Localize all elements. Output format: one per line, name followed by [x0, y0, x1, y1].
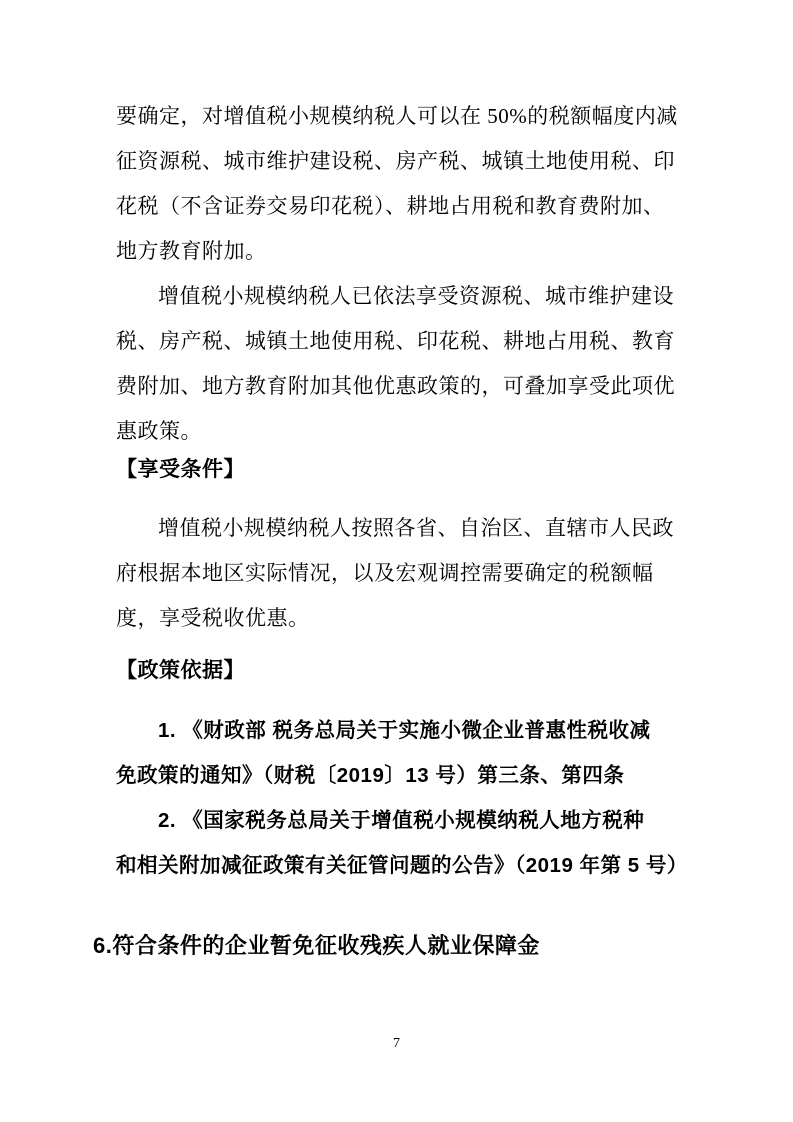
paragraph-intro-continued: 要确定，对增值税小规模纳税人可以在 50%的税额幅度内减 征资源税、城市维护建设…: [116, 94, 708, 274]
policy-basis-item-1: 1. 《财政部 税务总局关于实施小微企业普惠性税收减 免政策的通知》（财税〔20…: [116, 708, 708, 798]
paragraph-stacking-benefit: 增值税小规模纳税人已依法享受资源税、城市维护建设 税、房产税、城镇土地使用税、印…: [116, 274, 708, 454]
document-page: 要确定，对增值税小规模纳税人可以在 50%的税额幅度内减 征资源税、城市维护建设…: [0, 0, 793, 1122]
heading-enjoy-conditions: 【享受条件】: [116, 447, 708, 492]
heading-policy-basis: 【政策依据】: [116, 648, 708, 693]
policy-basis-item-2: 2. 《国家税务总局关于增值税小规模纳税人地方税种 和相关附加减征政策有关征管问…: [116, 798, 708, 888]
heading-section-6: 6.符合条件的企业暂免征收残疾人就业保障金: [93, 923, 733, 968]
paragraph-conditions-body: 增值税小规模纳税人按照各省、自治区、直辖市人民政 府根据本地区实际情况，以及宏观…: [116, 506, 708, 641]
page-number: 7: [0, 1034, 793, 1054]
